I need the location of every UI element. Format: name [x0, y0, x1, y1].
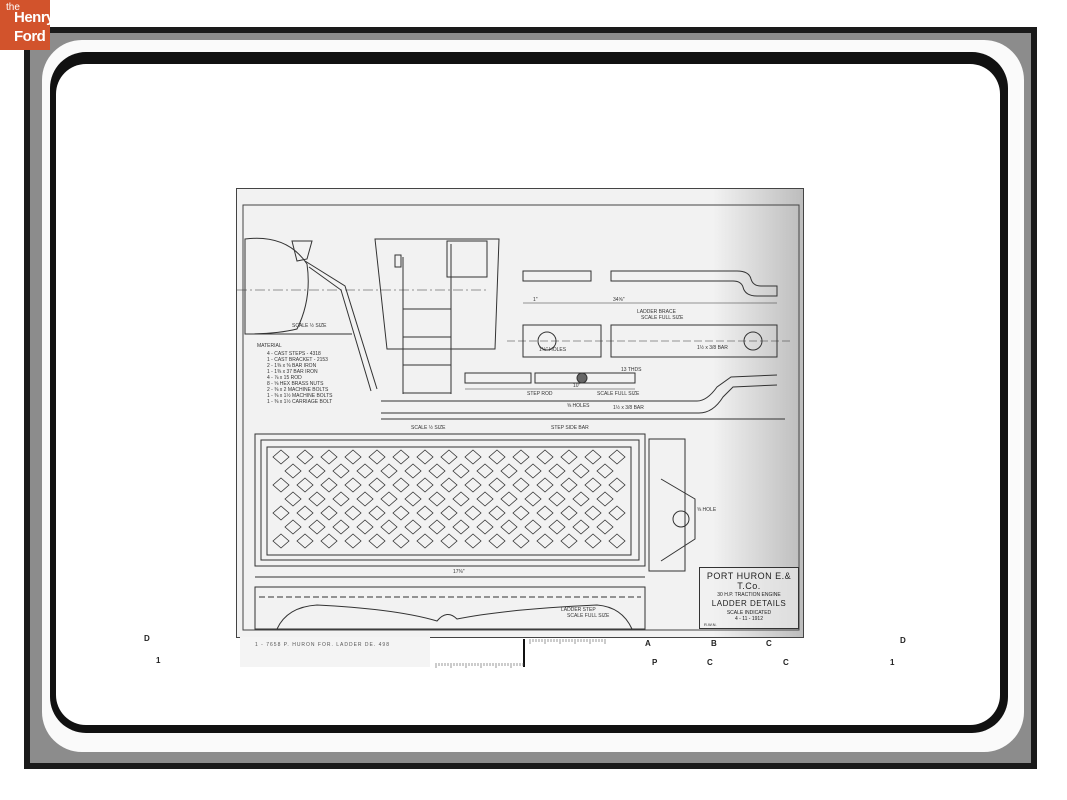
edge-marker-1-left: 1 [156, 656, 160, 665]
svg-text:1½ x 3/8 BAR: 1½ x 3/8 BAR [613, 404, 644, 411]
step-rod-label: STEP ROD [527, 391, 553, 397]
catalog-label-text: 1 - 7658 P. HURON FOR. LADDER DE. 498 [255, 642, 390, 648]
svg-text:1 - ⅜ x 1½ MACHINE BOLTS: 1 - ⅜ x 1½ MACHINE BOLTS [267, 392, 333, 399]
henry-ford-logo[interactable]: the Henry Ford [0, 0, 50, 50]
drafter-initials: R.W.N. [704, 622, 798, 627]
logo-ford: Ford [14, 28, 45, 45]
edge-ruler [432, 637, 792, 671]
svg-text:17⅜": 17⅜" [453, 569, 465, 575]
svg-text:34⅝": 34⅝" [613, 297, 625, 303]
svg-text:⅝ HOLE: ⅝ HOLE [697, 507, 717, 513]
logo-henry: Henry [14, 9, 54, 26]
svg-text:1⅛" HOLES: 1⅛" HOLES [539, 347, 567, 353]
edge-marker-a: A [645, 639, 651, 648]
edge-marker-c2: C [707, 658, 713, 667]
svg-text:⅝ HOLES: ⅝ HOLES [567, 403, 590, 409]
edge-marker-d-left: D [144, 634, 150, 643]
scale-half-label-top: SCALE ½ SIZE [292, 322, 327, 329]
svg-text:10": 10" [573, 383, 581, 389]
drawing-title: LADDER DETAILS [700, 599, 798, 608]
edge-marker-d-right: D [900, 636, 906, 645]
svg-text:SCALE FULL SIZE: SCALE FULL SIZE [641, 315, 684, 321]
material-header: MATERIAL [257, 343, 282, 349]
company-name: PORT HURON E.& T.Co. [700, 571, 798, 591]
blueprint-sheet: SCALE ½ SIZE MATERIAL 4 - CAST STEPS - 4… [236, 188, 804, 638]
title-block: PORT HURON E.& T.Co. 30 H.P. TRACTION EN… [699, 567, 799, 629]
step-side-bar-label: STEP SIDE BAR [551, 425, 589, 431]
svg-text:SCALE FULL SIZE: SCALE FULL SIZE [597, 391, 640, 397]
edge-marker-c3: C [783, 658, 789, 667]
svg-text:1": 1" [533, 297, 538, 303]
edge-marker-c: C [766, 639, 772, 648]
svg-text:1½ x 3/8 BAR: 1½ x 3/8 BAR [697, 344, 728, 351]
edge-marker-1-right: 1 [890, 658, 894, 667]
edge-marker-b: B [711, 639, 717, 648]
edge-marker-p: P [652, 658, 657, 667]
svg-text:13 THDS: 13 THDS [621, 367, 642, 373]
svg-text:SCALE FULL SIZE: SCALE FULL SIZE [567, 613, 610, 619]
engine-subtitle: 30 H.P. TRACTION ENGINE [700, 592, 798, 598]
svg-text:SCALE ½ SIZE: SCALE ½ SIZE [411, 424, 446, 431]
svg-text:1 - ⅜ x 1½ CARRIAGE BOLT: 1 - ⅜ x 1½ CARRIAGE BOLT [267, 398, 332, 405]
